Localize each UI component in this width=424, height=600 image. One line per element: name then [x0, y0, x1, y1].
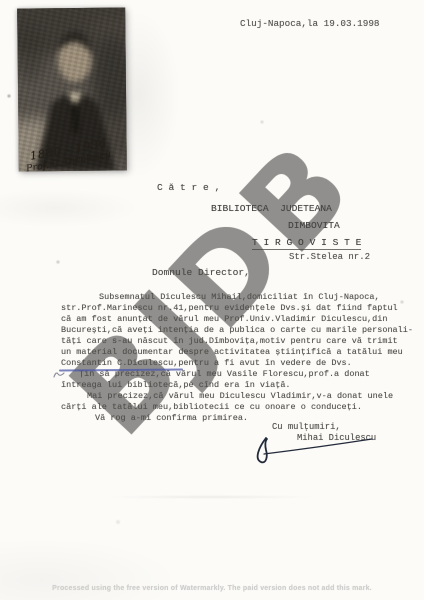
- pen-mark-ink: [52, 368, 66, 380]
- footer-watermark-text: Processed using the free version of Wate…: [0, 585, 424, 592]
- signature-ink: [248, 430, 380, 470]
- body-line: tăți care s-au născut în jud.Dîmbovița,m…: [61, 336, 413, 347]
- recipient-city: T I R G O V I S T E: [252, 237, 361, 250]
- body-line: întreaga lui bibliotecă,pe cînd era în v…: [61, 380, 413, 391]
- portrait-photo: 1880 - 1936 Prof. C. Diculescu: [17, 7, 127, 171]
- body-line: Constantin C.Diculescu,pentru a fi avut …: [61, 358, 413, 369]
- body-line: str.Prof.Marinescu nr.41,pentru evidențe…: [61, 303, 413, 314]
- letter-body: Subsemnatul Diculescu Mihail,domiciliat …: [61, 292, 413, 424]
- date-line: Cluj-Napoca,la 19.03.1998: [240, 18, 379, 29]
- recipient-org-line2: DIMBOVITA: [288, 220, 340, 231]
- body-line: Vă rog a-mi confirma primirea.: [61, 413, 413, 424]
- recipient-salutation: C ă t r e ,: [157, 182, 220, 193]
- recipient-org-line1: BIBLIOTECA JUDETEANA: [211, 203, 332, 214]
- recipient-address: Str.Stelea nr.2: [289, 252, 370, 262]
- body-line-rest: pentru a fi avut în vedere de Dvs.: [178, 358, 351, 368]
- body-line: un material documentar despre activitate…: [61, 347, 413, 358]
- body-line: București,că aveți intenția de a publica…: [61, 325, 413, 336]
- greeting: Domnule Director,: [152, 267, 250, 278]
- body-line: cărți ale tatălui meu,bibliotecii ce cu …: [61, 402, 413, 413]
- scanned-letter-page: BJDB 1880 - 1936 Prof. C. Diculescu: [0, 0, 424, 600]
- body-line: Subsemnatul Diculescu Mihail,domiciliat …: [61, 292, 413, 303]
- hand-underlined-name: Constantin C.Diculescu,: [61, 358, 178, 368]
- body-line: că am fost anunțat de vărul meu Prof.Uni…: [61, 314, 413, 325]
- body-line: Mai precizez,că vărul meu Diculescu Vlad…: [61, 391, 413, 402]
